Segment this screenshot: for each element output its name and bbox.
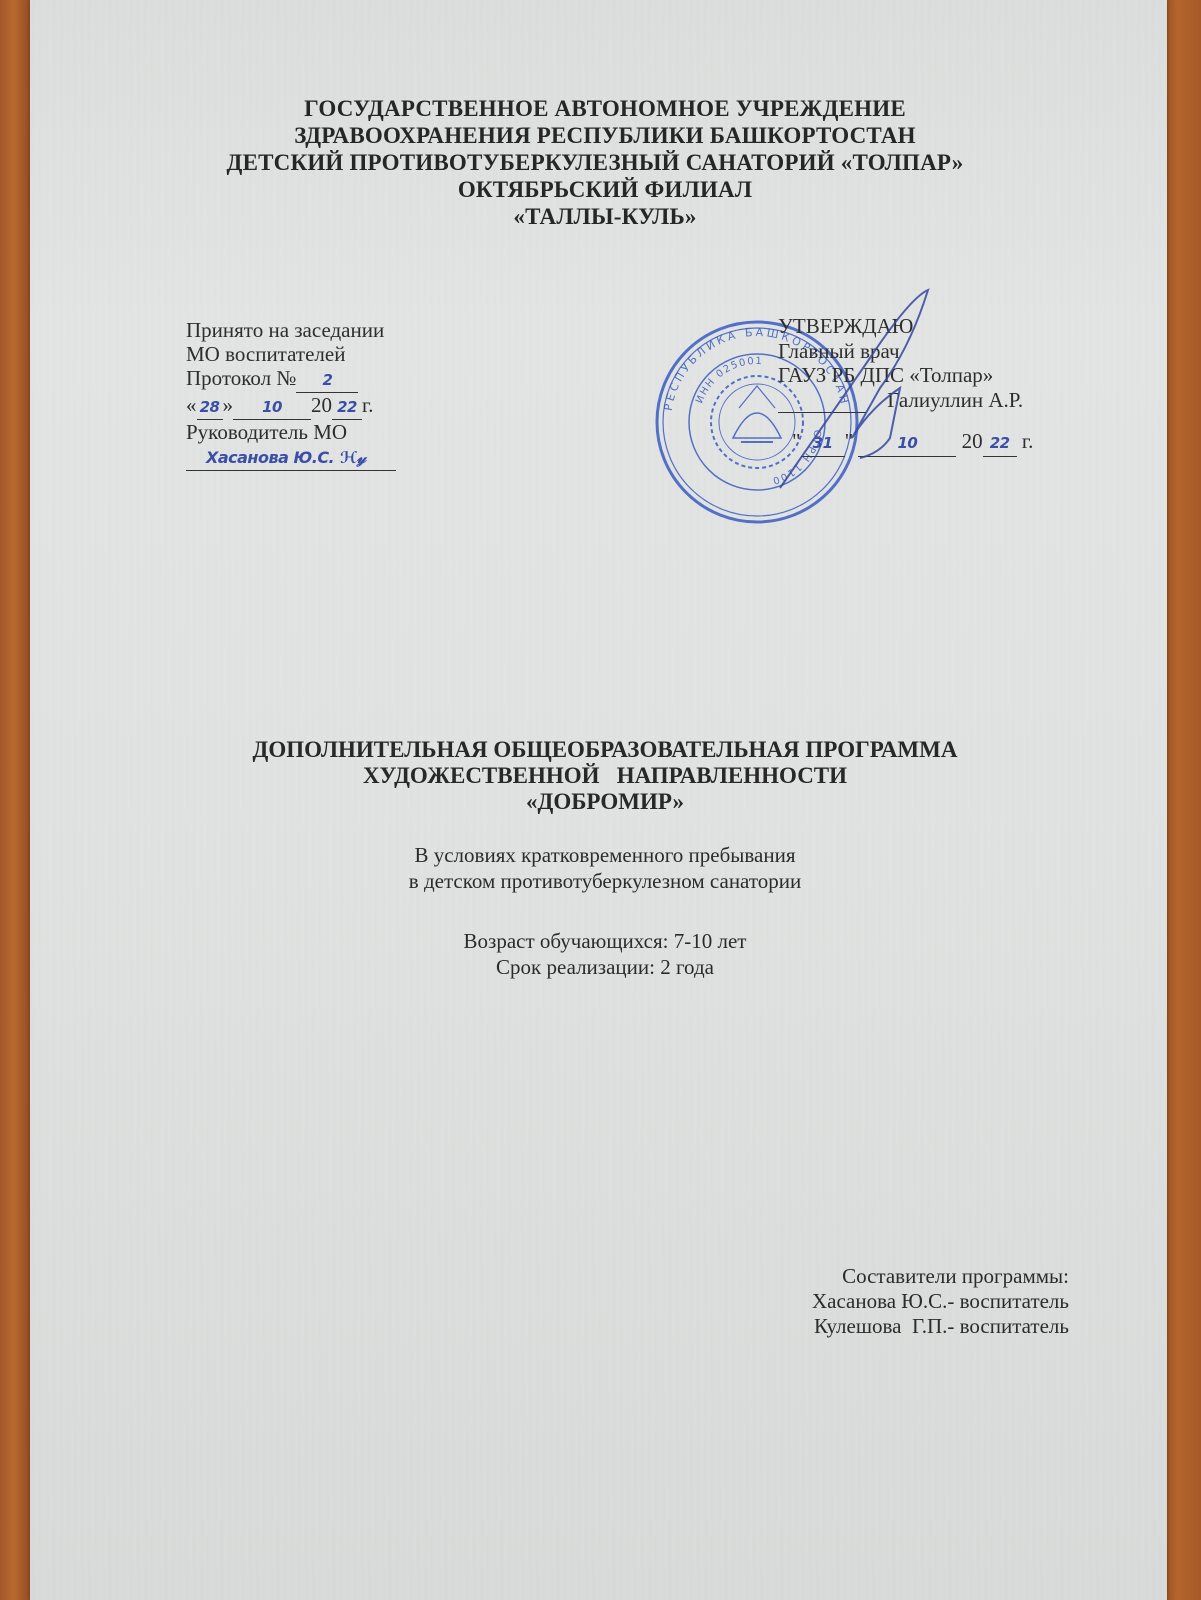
year-value: 22 <box>337 398 357 416</box>
month-value: 10 <box>262 398 282 416</box>
document-page: ГОСУДАРСТВЕННОЕ АВТОНОМНОЕ УЧРЕЖДЕНИЕ ЗД… <box>30 0 1167 1600</box>
header-line: ГОСУДАРСТВЕННОЕ АВТОНОМНОЕ УЧРЕЖДЕНИЕ <box>180 95 1030 122</box>
protocol-number-field: 2 <box>296 366 358 393</box>
quote-open: « <box>186 393 197 417</box>
stamp-inn: ИНН 025001 <box>694 356 763 405</box>
svg-text:ИНН 025001: ИНН 025001 <box>694 356 763 405</box>
header-line: ЗДРАВООХРАНЕНИЯ РЕСПУБЛИКИ БАШКОРТОСТАН <box>180 122 1030 149</box>
head-signature-line: Хасанова Ю.С.ℋ𝓎 <box>186 444 396 471</box>
program-age: Возраст обучающихся: 7-10 лет <box>180 928 1030 954</box>
protocol-number: 2 <box>322 371 332 389</box>
quote-close: » <box>223 393 234 417</box>
year-field: 22 <box>332 393 362 420</box>
program-authors: Составители программы: Хасанова Ю.С.- во… <box>812 1264 1069 1339</box>
desk-edge-right <box>1161 0 1201 1600</box>
author-item: Хасанова Ю.С.- воспитатель <box>812 1289 1069 1314</box>
protocol-label: Протокол № <box>186 366 296 390</box>
program-meta: Возраст обучающихся: 7-10 лет Срок реали… <box>180 928 1030 980</box>
program-conditions: В условиях кратковременного пребывания в… <box>180 842 1030 894</box>
year-unit: г. <box>362 393 374 417</box>
accepted-line: Принято на заседании <box>186 318 396 342</box>
month-field: 10 <box>233 393 311 420</box>
accepted-date-line: «28»102022г. <box>186 393 396 420</box>
authors-label: Составители программы: <box>812 1264 1069 1289</box>
protocol-line: Протокол №2 <box>186 366 396 393</box>
program-title: ДОПОЛНИТЕЛЬНАЯ ОБЩЕОБРАЗОВАТЕЛЬНАЯ ПРОГР… <box>180 737 1030 815</box>
year-prefix: 20 <box>311 393 332 417</box>
author-item: Кулешова Г.П.- воспитатель <box>812 1314 1069 1339</box>
signature-flourish: ℋ𝓎 <box>340 448 365 467</box>
conditions-line: в детском противотуберкулезном санатории <box>180 868 1030 894</box>
year-unit: г. <box>1022 429 1034 453</box>
accepted-line: МО воспитателей <box>186 342 396 366</box>
header-line: ДЕТСКИЙ ПРОТИВОТУБЕРКУЛЕЗНЫЙ САНАТОРИЙ «… <box>160 149 1030 176</box>
program-title-line: ХУДОЖЕСТВЕННОЙ НАПРАВЛЕННОСТИ <box>180 763 1030 789</box>
accepted-block: Принято на заседании МО воспитателей Про… <box>186 318 396 471</box>
year-value: 22 <box>990 434 1010 452</box>
handwritten-signature: Хасанова Ю.С. <box>206 448 334 467</box>
program-duration: Срок реализации: 2 года <box>180 954 1030 980</box>
program-title-line: ДОПОЛНИТЕЛЬНАЯ ОБЩЕОБРАЗОВАТЕЛЬНАЯ ПРОГР… <box>180 737 1030 763</box>
header-line: ОКТЯБРЬСКИЙ ФИЛИАЛ <box>180 176 1030 203</box>
year-prefix: 20 <box>962 429 983 453</box>
conditions-line: В условиях кратковременного пребывания <box>180 842 1030 868</box>
director-signature-icon <box>760 288 960 498</box>
signature-field: Хасанова Ю.С.ℋ𝓎 <box>186 444 396 471</box>
head-label: Руководитель МО <box>186 420 396 444</box>
header-line: «ТАЛЛЫ-КУЛЬ» <box>180 203 1030 230</box>
day-field: 28 <box>197 393 223 420</box>
program-title-line: «ДОБРОМИР» <box>180 789 1030 815</box>
year-field: 22 <box>983 429 1017 457</box>
day-value: 28 <box>200 398 220 416</box>
institution-header: ГОСУДАРСТВЕННОЕ АВТОНОМНОЕ УЧРЕЖДЕНИЕ ЗД… <box>180 95 1030 230</box>
